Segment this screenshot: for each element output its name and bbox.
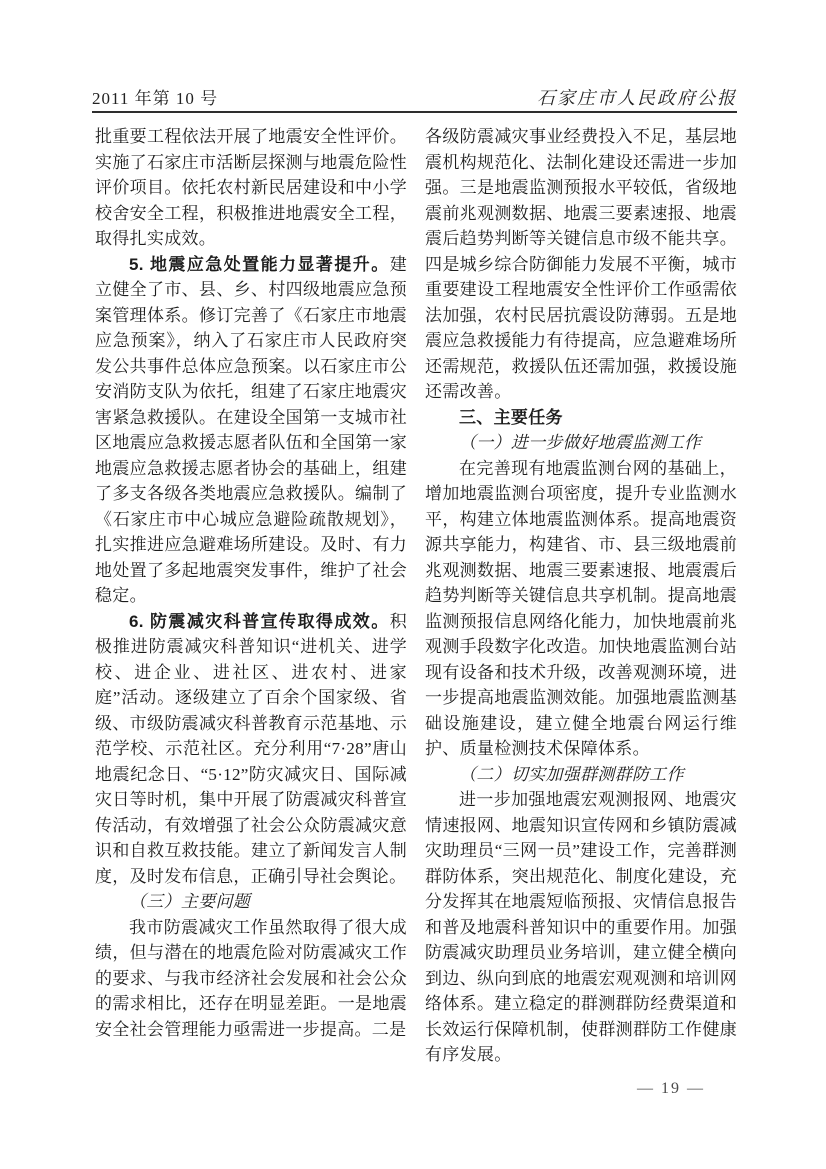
paragraph-continuation: 批重要工程依法开展了地震安全性评价。实施了石家庄市活断层探测与地震危险性评价项目… bbox=[95, 124, 407, 252]
item5-heading: 5. 地震应急处置能力显著提升。 bbox=[129, 255, 390, 274]
left-column: 批重要工程依法开展了地震安全性评价。实施了石家庄市活断层探测与地震危险性评价项目… bbox=[95, 124, 407, 1101]
page-header: 2011 年第 10 号 石家庄市人民政府公报 bbox=[92, 84, 737, 110]
subsection-heading-main-problems: （三）主要问题 bbox=[95, 889, 407, 915]
paragraph-mass-prevention: 进一步加强地震宏观测报网、地震灾情速报网、地震知识宣传网和乡镇防震减灾助理员“三… bbox=[425, 787, 737, 1068]
content-columns: 批重要工程依法开展了地震安全性评价。实施了石家庄市活断层探测与地震危险性评价项目… bbox=[95, 124, 737, 1101]
paragraph-problems-continuation: 各级防震减灾事业经费投入不足，基层地震机构规范化、法制化建设还需进一步加强。三是… bbox=[425, 124, 737, 405]
gazette-title: 石家庄市人民政府公报 bbox=[537, 84, 737, 110]
subsection-heading-mass-prevention: （二）切实加强群测群防工作 bbox=[425, 762, 737, 788]
section-heading-main-tasks: 三、主要任务 bbox=[425, 405, 737, 431]
issue-number: 2011 年第 10 号 bbox=[92, 84, 218, 109]
paragraph-problems: 我市防震减灾工作虽然取得了很大成绩，但与潜在的地震危险对防震减灾工作的要求、与我… bbox=[95, 915, 407, 1043]
item6-heading: 6. 防震减灾科普宣传取得成效。 bbox=[129, 612, 390, 631]
paragraph-monitoring: 在完善现有地震监测台网的基础上，增加地震监测台项密度，提升专业监测水平，构建立体… bbox=[425, 456, 737, 762]
page-number: — 19 — bbox=[425, 1076, 737, 1102]
item5-text: 建立健全了市、县、乡、村四级地震应急预案管理体系。修订完善了《石家庄市地震应急预… bbox=[95, 255, 407, 606]
header-rule bbox=[92, 111, 737, 113]
right-column: 各级防震减灾事业经费投入不足，基层地震机构规范化、法制化建设还需进一步加强。三是… bbox=[425, 124, 737, 1101]
gazette-page: 2011 年第 10 号 石家庄市人民政府公报 批重要工程依法开展了地震安全性评… bbox=[0, 0, 826, 1169]
subsection-heading-monitoring: （一）进一步做好地震监测工作 bbox=[425, 430, 737, 456]
paragraph-item5: 5. 地震应急处置能力显著提升。建立健全了市、县、乡、村四级地震应急预案管理体系… bbox=[95, 252, 407, 609]
paragraph-item6: 6. 防震减灾科普宣传取得成效。积极推进防震减灾科普知识“进机关、进学校、进企业… bbox=[95, 609, 407, 890]
item6-text: 积极推进防震减灾科普知识“进机关、进学校、进企业、进社区、进农村、进家庭”活动。… bbox=[95, 612, 407, 886]
